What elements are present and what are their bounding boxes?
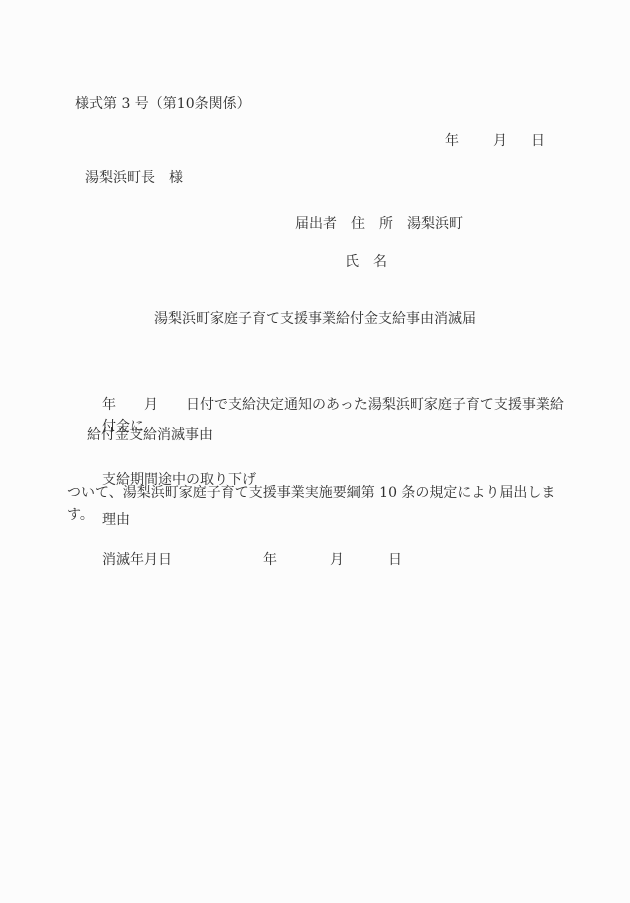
- section-heading: 給付金支給消滅事由: [87, 428, 213, 443]
- declarant-line: 届出者 住 所 湯梨浜町: [295, 217, 463, 232]
- declarant-name-label: 氏 名: [345, 255, 387, 270]
- reason-item: 支給期間途中の取り下げ: [102, 473, 256, 488]
- extinction-month-label: 月: [330, 553, 344, 568]
- extinction-day-label: 日: [388, 553, 402, 568]
- date-day-label: 日: [531, 134, 545, 149]
- date-year-label: 年: [445, 134, 459, 149]
- extinction-year-label: 年: [263, 553, 277, 568]
- extinction-date-line: 消滅年月日 年 月 日: [102, 553, 432, 569]
- document-page: 様式第 3 号（第10条関係） 年 月 日 湯梨浜町長 様 届出者 住 所 湯梨…: [0, 0, 630, 903]
- addressee-line: 湯梨浜町長 様: [85, 171, 183, 186]
- document-title: 湯梨浜町家庭子育て支援事業給付金支給事由消滅届: [0, 312, 630, 327]
- extinction-date-label: 消滅年月日: [102, 553, 172, 568]
- reason-label: 理由: [102, 513, 130, 528]
- body-paragraph: 年 月 日付で支給決定通知のあった湯梨浜町家庭子育て支援事業給付金に ついて、湯…: [67, 350, 572, 570]
- body-paragraph-line2: ついて、湯梨浜町家庭子育て支援事業実施要綱第 10 条の規定により届出します。: [67, 482, 572, 526]
- form-number: 様式第 3 号（第10条関係）: [75, 97, 251, 112]
- date-month-label: 月: [493, 134, 507, 149]
- date-line: 年 月 日: [445, 134, 545, 150]
